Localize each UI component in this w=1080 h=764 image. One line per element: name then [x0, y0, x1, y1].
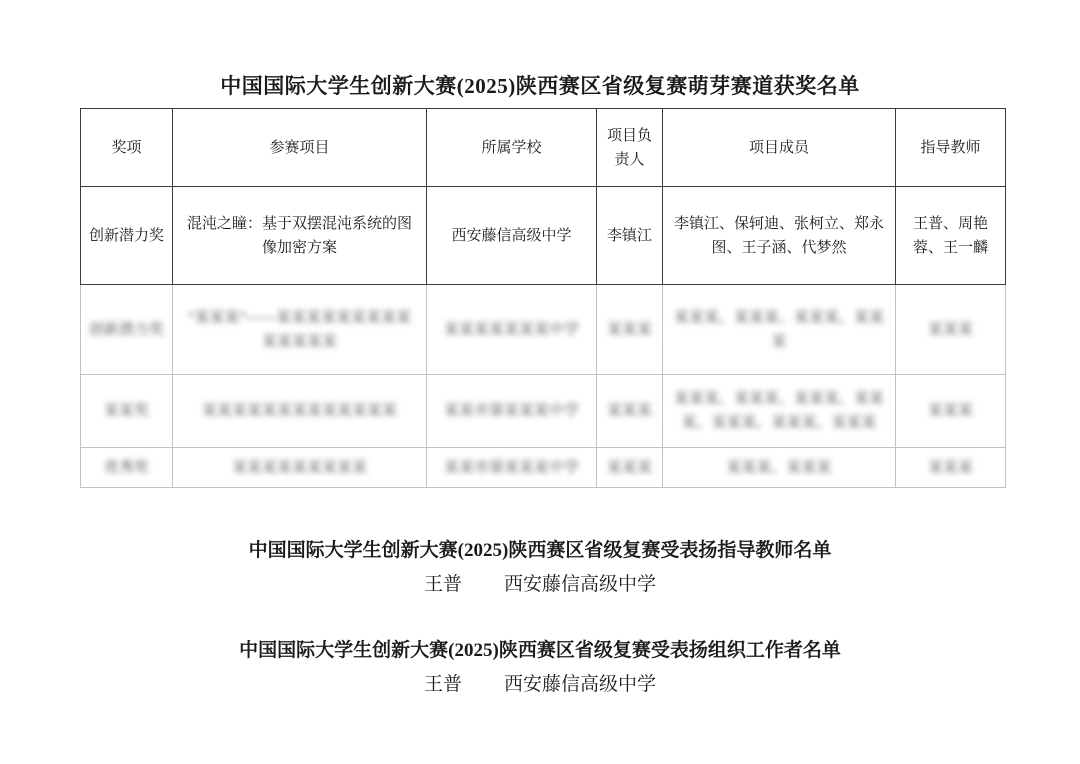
header-teachers: 指导教师	[896, 109, 1006, 187]
award-value-redacted: 某某奖	[104, 403, 149, 419]
cell-members: 李镇江、保轲迪、张柯立、郑永图、王子涵、代梦然	[663, 187, 896, 285]
cell-leader: 某某某	[597, 285, 663, 375]
table-row: 创新潜力奖 混沌之瞳：基于双摆混沌系统的图像加密方案 西安藤信高级中学 李镇江 …	[81, 187, 1006, 285]
cell-award: 某某奖	[81, 375, 173, 448]
header-teachers-label: 指导教师	[920, 140, 980, 156]
header-school: 所属学校	[427, 109, 597, 187]
cell-school: 某某市第某某某中学	[427, 448, 597, 488]
cell-leader: 李镇江	[597, 187, 663, 285]
cell-project: 某某某某某某某某某	[173, 448, 427, 488]
project-value-redacted: “某某某”——某某某某某某某某某 某某某某某	[188, 310, 411, 350]
members-value-redacted: 某某某、某某某、某某某、某某某	[674, 310, 884, 350]
cell-project: 某某某某某某某某某某某某某	[173, 375, 427, 448]
teachers-value: 王普、周艳蓉、王一麟	[913, 216, 988, 256]
award-value-redacted: 创新潜力奖	[89, 322, 164, 338]
cell-award: 创新潜力奖	[81, 285, 173, 375]
cell-teachers: 某某某	[896, 285, 1006, 375]
teacher-commendation-section: 中国国际大学生创新大赛(2025)陕西赛区省级复赛受表扬指导教师名单 王普西安藤…	[0, 538, 1080, 598]
organizer-school: 西安藤信高级中学	[504, 674, 656, 695]
teachers-value-redacted: 某某某	[928, 460, 973, 476]
cell-school: 某某某某某某某中学	[427, 285, 597, 375]
header-members-label: 项目成员	[749, 140, 809, 156]
header-award-label: 奖项	[111, 140, 141, 156]
award-table: 奖项 参赛项目 所属学校 项目负责人 项目成员 指导教师 创新潜力奖 混沌之瞳：…	[80, 108, 1006, 488]
organizer-commendation-section: 中国国际大学生创新大赛(2025)陕西赛区省级复赛受表扬组织工作者名单 王普西安…	[0, 638, 1080, 698]
cell-school: 西安藤信高级中学	[427, 187, 597, 285]
header-award: 奖项	[81, 109, 173, 187]
project-value-redacted: 某某某某某某某某某某某某某	[202, 403, 397, 419]
school-value-redacted: 某某市第某某某中学	[444, 460, 579, 476]
document-page: 中国国际大学生创新大赛(2025)陕西赛区省级复赛萌芽赛道获奖名单 奖项 参赛项…	[0, 0, 1080, 764]
header-members: 项目成员	[663, 109, 896, 187]
cell-teachers: 某某某	[896, 448, 1006, 488]
header-school-label: 所属学校	[481, 140, 541, 156]
teacher-name: 王普	[424, 574, 462, 595]
table-row-blurred: 创新潜力奖 “某某某”——某某某某某某某某某 某某某某某 某某某某某某某中学 某…	[81, 285, 1006, 375]
project-value: 混沌之瞳：基于双摆混沌系统的图像加密方案	[187, 216, 412, 256]
award-value-redacted: 优秀奖	[104, 460, 149, 476]
cell-members: 某某某、某某某、某某某、某某某	[663, 285, 896, 375]
organizer-commendation-title: 中国国际大学生创新大赛(2025)陕西赛区省级复赛受表扬组织工作者名单	[0, 638, 1080, 664]
award-list-title: 中国国际大学生创新大赛(2025)陕西赛区省级复赛萌芽赛道获奖名单	[0, 0, 1080, 100]
table-header-row: 奖项 参赛项目 所属学校 项目负责人 项目成员 指导教师	[81, 109, 1006, 187]
header-project: 参赛项目	[173, 109, 427, 187]
teacher-commendation-entry: 王普西安藤信高级中学	[0, 572, 1080, 598]
school-value: 西安藤信高级中学	[451, 228, 571, 244]
cell-school: 某某市第某某某中学	[427, 375, 597, 448]
cell-leader: 某某某	[597, 448, 663, 488]
leader-value-redacted: 某某某	[607, 403, 652, 419]
table-row-blurred: 某某奖 某某某某某某某某某某某某某 某某市第某某某中学 某某某 某某某、某某某、…	[81, 375, 1006, 448]
project-value-redacted: 某某某某某某某某某	[232, 460, 367, 476]
cell-project: “某某某”——某某某某某某某某某 某某某某某	[173, 285, 427, 375]
header-project-label: 参赛项目	[269, 140, 329, 156]
school-value-redacted: 某某市第某某某中学	[444, 403, 579, 419]
members-value-redacted: 某某某、某某某	[726, 460, 831, 476]
award-value: 创新潜力奖	[89, 228, 164, 244]
school-value-redacted: 某某某某某某某中学	[444, 322, 579, 338]
header-leader-label: 项目负责人	[607, 128, 652, 168]
cell-members: 某某某、某某某、某某某、某某某、某某某、某某某、某某某	[663, 375, 896, 448]
leader-value: 李镇江	[607, 228, 652, 244]
leader-value-redacted: 某某某	[607, 460, 652, 476]
members-value: 李镇江、保轲迪、张柯立、郑永图、王子涵、代梦然	[674, 216, 884, 256]
members-value-redacted: 某某某、某某某、某某某、某某某、某某某、某某某、某某某	[674, 391, 884, 431]
organizer-commendation-entry: 王普西安藤信高级中学	[0, 672, 1080, 698]
teachers-value-redacted: 某某某	[928, 403, 973, 419]
cell-project: 混沌之瞳：基于双摆混沌系统的图像加密方案	[173, 187, 427, 285]
cell-leader: 某某某	[597, 375, 663, 448]
table-row-blurred: 优秀奖 某某某某某某某某某 某某市第某某某中学 某某某 某某某、某某某 某某某	[81, 448, 1006, 488]
teachers-value-redacted: 某某某	[928, 322, 973, 338]
teacher-school: 西安藤信高级中学	[504, 574, 656, 595]
cell-teachers: 某某某	[896, 375, 1006, 448]
organizer-name: 王普	[424, 674, 462, 695]
cell-award: 创新潜力奖	[81, 187, 173, 285]
teacher-commendation-title: 中国国际大学生创新大赛(2025)陕西赛区省级复赛受表扬指导教师名单	[0, 538, 1080, 564]
cell-members: 某某某、某某某	[663, 448, 896, 488]
leader-value-redacted: 某某某	[607, 322, 652, 338]
cell-award: 优秀奖	[81, 448, 173, 488]
header-leader: 项目负责人	[597, 109, 663, 187]
cell-teachers: 王普、周艳蓉、王一麟	[896, 187, 1006, 285]
